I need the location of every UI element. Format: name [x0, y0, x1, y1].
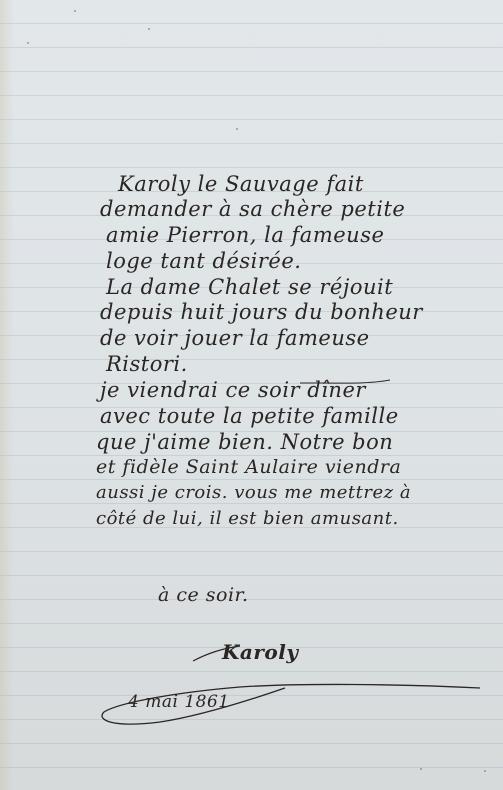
paper-speck — [484, 770, 486, 772]
letter-line-9: je viendrai ce soir dîner — [100, 378, 366, 402]
letter-line-10: avec toute la petite famille — [100, 404, 399, 428]
letter-line-6: depuis huit jours du bonheur — [100, 300, 423, 324]
paper-speck — [420, 768, 422, 770]
paper-speck — [27, 42, 29, 44]
letter-line-2: demander à sa chère petite — [100, 197, 405, 221]
letter-closing: à ce soir. — [158, 584, 249, 606]
letter-line-11: que j'aime bien. Notre bon — [96, 430, 393, 454]
paper-speck — [74, 10, 76, 12]
letter-line-3: amie Pierron, la fameuse — [106, 223, 384, 247]
paper-speck — [148, 28, 150, 30]
letter-line-1: Karoly le Sauvage fait — [118, 172, 364, 196]
letter-line-4: loge tant désirée. — [106, 249, 301, 273]
letter-date: 4 mai 1861 — [128, 692, 230, 712]
letter-signature: Karoly — [222, 640, 298, 664]
letter-line-8: Ristori. — [106, 352, 188, 376]
letter-page: Karoly le Sauvage fait demander à sa chè… — [0, 0, 503, 790]
letter-line-13: aussi je crois. vous me mettrez à — [96, 482, 411, 503]
letter-line-14: côté de lui, il est bien amusant. — [96, 508, 399, 529]
letter-line-12: et fidèle Saint Aulaire viendra — [96, 456, 401, 478]
letter-line-5: La dame Chalet se réjouit — [106, 275, 393, 299]
letter-line-7: de voir jouer la fameuse — [100, 326, 370, 350]
paper-speck — [236, 128, 238, 130]
